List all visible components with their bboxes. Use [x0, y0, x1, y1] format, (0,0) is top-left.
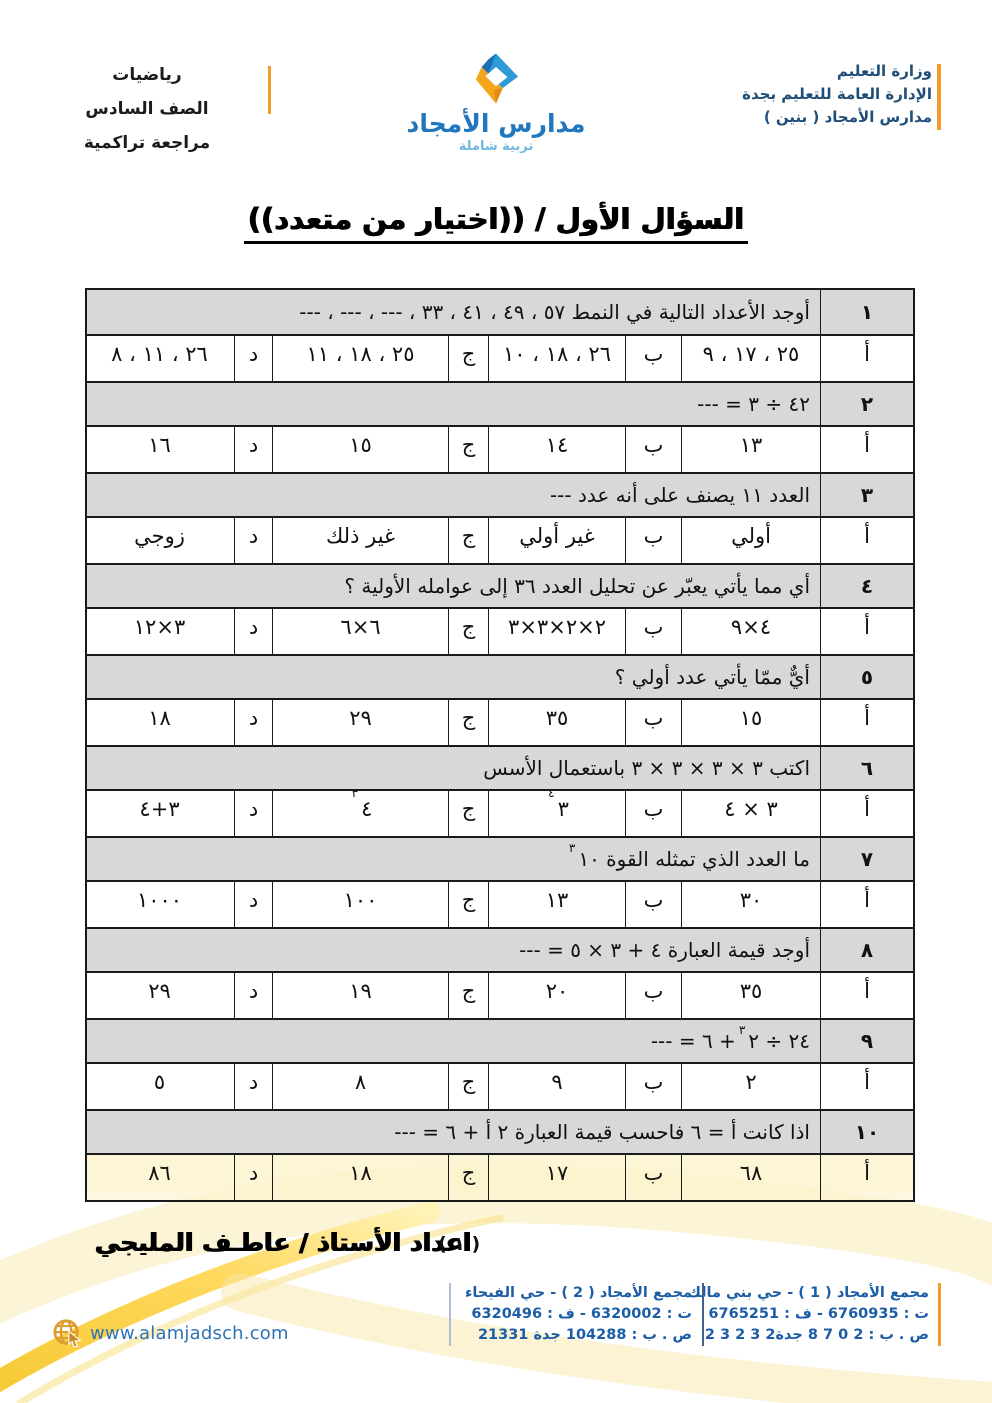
option-value: ٨: [272, 1062, 448, 1109]
text-run: ١٧: [546, 1161, 569, 1185]
option-value: ٢٦ ، ١٨ ، ١٠: [488, 334, 625, 381]
option-value: ٢٦ ، ١١ ، ٨: [85, 334, 234, 381]
question-title: اكتب ٣ × ٣ × ٣ × ٣ باستعمال الأسس: [87, 745, 820, 789]
option-value: ٨٦: [85, 1153, 234, 1200]
option-letter: أ: [820, 516, 913, 563]
options-row: أ٣٠ب١٣ج١٠٠د١٠٠٠: [87, 880, 913, 927]
question-title: أي مما يأتي يعبّر عن تحليل العدد ٣٦ إلى …: [87, 563, 820, 607]
option-value: ١٦: [85, 425, 234, 472]
text-run: ص . ب : 104288 جدة 21331: [478, 1327, 692, 1343]
option-letter: ب: [625, 971, 681, 1018]
question-block: ٦اكتب ٣ × ٣ × ٣ × ٣ باستعمال الأسسأ٣ × ٤…: [87, 745, 913, 836]
option-letter: د: [234, 971, 272, 1018]
option-letter: ج: [448, 880, 488, 927]
exam-title-wrap: السؤال الأول / ((اختيار من متعدد)): [0, 202, 992, 244]
text-run: أيٌّ ممّا يأتي عدد أولي ؟: [615, 665, 810, 689]
option-letter: أ: [820, 1153, 913, 1200]
option-letter: أ: [820, 789, 913, 836]
text-run: + ٦ = ---: [651, 1029, 736, 1053]
school-logo-icon: [472, 52, 520, 106]
text-run: ١٨: [148, 706, 171, 730]
question-number: ١٠: [820, 1109, 913, 1153]
exam-page: رياضيات الصف السادس مراجعة تراكمية مدارس…: [0, 0, 992, 1403]
orange-divider-right: [937, 64, 941, 130]
text-run: ٤٢ ÷ ٣ = ---: [697, 392, 810, 416]
text-run: ٣٥: [546, 706, 569, 730]
text-run: ٩: [551, 1070, 562, 1094]
text-run: غير أولي: [519, 524, 594, 548]
question-number: ١: [820, 290, 913, 334]
question-block: ١٠اذا كانت أ = ٦ فاحسب قيمة العبارة ٢ أ …: [87, 1109, 913, 1200]
text-run: ت : 6760935 - ف : 6765251: [708, 1306, 929, 1322]
question-row: ٢٤٢ ÷ ٣ = ---: [87, 381, 913, 425]
option-value: ٣٤: [488, 789, 625, 836]
question-title: العدد ١١ يصنف على أنه عدد ---: [87, 472, 820, 516]
option-value: ٢×٢×٣×٣: [488, 607, 625, 654]
question-number: ٥: [820, 654, 913, 698]
school-name: مدارس الأمجاد: [396, 110, 596, 138]
question-block: ٨أوجد قيمة العبارة ٤ + ٣ × ٥ = ---أ٣٥ب٢٠…: [87, 927, 913, 1018]
option-value: ٣ × ٤: [681, 789, 820, 836]
grade-level: الصف السادس: [72, 92, 222, 126]
option-letter: ج: [448, 698, 488, 745]
contact-line: مجمع الأمجاد ( 1 ) - حي بني مالك: [688, 1283, 929, 1304]
option-letter: د: [234, 1153, 272, 1200]
option-value: ١٥: [681, 698, 820, 745]
question-number: ٧: [820, 836, 913, 880]
option-letter: ج: [448, 425, 488, 472]
text-run: ٤: [361, 797, 372, 821]
question-number: ٩: [820, 1018, 913, 1062]
text-run: ٢×٢×٣×٣: [508, 615, 606, 639]
question-title: أوجد قيمة العبارة ٤ + ٣ × ٥ = ---: [87, 927, 820, 971]
option-value: ٢٩: [85, 971, 234, 1018]
school-logo: مدارس الأمجاد تربية شاملة: [396, 52, 596, 154]
option-value: ٣٥: [488, 698, 625, 745]
text-run: ٢٩: [349, 706, 372, 730]
option-letter: ب: [625, 516, 681, 563]
option-value: ٢٥ ، ١٧ ، ٩: [681, 334, 820, 381]
text-run: ١٣: [546, 888, 569, 912]
text-run: ١٥: [740, 706, 763, 730]
question-block: ٩٢٤ ÷ ٢٣ + ٦ = ---أ٢ب٩ج٨د٥: [87, 1018, 913, 1109]
subject-info-block: رياضيات الصف السادس مراجعة تراكمية: [72, 58, 222, 160]
option-letter: ب: [625, 1062, 681, 1109]
question-number: ٦: [820, 745, 913, 789]
website-block: www.alamjadsch.com: [52, 1318, 289, 1348]
question-row: ٩٢٤ ÷ ٢٣ + ٦ = ---: [87, 1018, 913, 1062]
question-title: أوجد الأعداد التالية في النمط ٥٧ ، ٤٩ ، …: [87, 290, 820, 334]
option-value: ٢: [681, 1062, 820, 1109]
text-run: ٢٩: [148, 979, 171, 1003]
option-letter: د: [234, 698, 272, 745]
option-letter: أ: [820, 880, 913, 927]
text-run: أوجد قيمة العبارة ٤ + ٣ × ٥ = ---: [519, 938, 810, 962]
option-value: ٤٣: [272, 789, 448, 836]
text-run: ٢٠: [546, 979, 569, 1003]
text-run: ٢٥ ، ١٧ ، ٩: [703, 342, 800, 366]
option-letter: ب: [625, 334, 681, 381]
options-row: أ٢٥ ، ١٧ ، ٩ب٢٦ ، ١٨ ، ١٠ج٢٥ ، ١٨ ، ١١د٢…: [87, 334, 913, 381]
option-letter: أ: [820, 607, 913, 654]
option-value: غير ذلك: [272, 516, 448, 563]
ministry-line: وزارة التعليم: [742, 60, 932, 83]
text-run: ٣: [558, 797, 569, 821]
option-value: ١٥: [272, 425, 448, 472]
text-run: أولي: [731, 524, 771, 548]
option-letter: ج: [448, 516, 488, 563]
option-value: غير أولي: [488, 516, 625, 563]
question-row: ٣العدد ١١ يصنف على أنه عدد ---: [87, 472, 913, 516]
administration-line: الإدارة العامة للتعليم بجدة: [742, 83, 932, 106]
option-value: ١٠٠: [272, 880, 448, 927]
text-run: اكتب ٣ × ٣ × ٣ × ٣ باستعمال الأسس: [483, 756, 810, 780]
question-block: ٧ما العدد الذي تمثله القوة ١٠٣أ٣٠ب١٣ج١٠٠…: [87, 836, 913, 927]
superscript-exponent: ٣: [739, 1018, 745, 1042]
option-value: ٣+٤: [85, 789, 234, 836]
superscript-exponent: ٤: [548, 786, 554, 800]
options-row: أ١٣ب١٤ج١٥د١٦: [87, 425, 913, 472]
options-row: أ١٥ب٣٥ج٢٩د١٨: [87, 698, 913, 745]
options-row: أ٢ب٩ج٨د٥: [87, 1062, 913, 1109]
text-run: ٢٦ ، ١٨ ، ١٠: [503, 342, 611, 366]
text-run: ١٨: [349, 1161, 372, 1185]
superscript-exponent: ٣: [569, 836, 575, 860]
option-value: ٩: [488, 1062, 625, 1109]
option-letter: ب: [625, 607, 681, 654]
option-letter: د: [234, 334, 272, 381]
option-value: ١٧: [488, 1153, 625, 1200]
option-value: ١٨: [272, 1153, 448, 1200]
text-run: ٣×١٢: [134, 615, 185, 639]
text-run: ت : 6320002 - ف : 6320496: [471, 1306, 692, 1322]
option-letter: د: [234, 880, 272, 927]
option-value: ١٣: [681, 425, 820, 472]
option-value: ٤×٩: [681, 607, 820, 654]
ministry-info-block: وزارة التعليم الإدارة العامة للتعليم بجد…: [742, 60, 932, 129]
options-row: أ٣٥ب٢٠ج١٩د٢٩: [87, 971, 913, 1018]
question-title: ٤٢ ÷ ٣ = ---: [87, 381, 820, 425]
option-letter: د: [234, 1062, 272, 1109]
text-run: جدة: [775, 1327, 802, 1343]
text-run: ١٠٠٠: [137, 888, 182, 912]
options-row: أأوليبغير أوليجغير ذلكدزوجي: [87, 516, 913, 563]
option-value: ٢٩: [272, 698, 448, 745]
question-number: ٣: [820, 472, 913, 516]
question-block: ٥أيٌّ ممّا يأتي عدد أولي ؟أ١٥ب٣٥ج٢٩د١٨: [87, 654, 913, 745]
question-number: ٢: [820, 381, 913, 425]
text-run: ١٠٠: [344, 888, 378, 912]
ltr-number: 8 7 0 2: [803, 1327, 869, 1343]
option-letter: د: [234, 425, 272, 472]
school-tagline: تربية شاملة: [396, 139, 596, 154]
contact-block-campus-2: مجمع الأمجاد ( 2 ) - حي الفيحاءت : 63200…: [449, 1283, 704, 1346]
question-row: ١٠اذا كانت أ = ٦ فاحسب قيمة العبارة ٢ أ …: [87, 1109, 913, 1153]
option-letter: ب: [625, 1153, 681, 1200]
exam-type: مراجعة تراكمية: [72, 126, 222, 160]
superscript-exponent: ٣: [352, 786, 358, 800]
text-run: ٣ × ٤: [724, 797, 778, 821]
option-value: ٣٠: [681, 880, 820, 927]
option-letter: ب: [625, 698, 681, 745]
option-letter: د: [234, 607, 272, 654]
text-run: ٤×٩: [731, 615, 771, 639]
text-run: ١٥: [349, 433, 372, 457]
option-letter: أ: [820, 698, 913, 745]
globe-icon: [52, 1318, 82, 1348]
option-value: ١٨: [85, 698, 234, 745]
contact-block-campus-1: مجمع الأمجاد ( 1 ) - حي بني مالكت : 6760…: [688, 1283, 941, 1346]
text-run: ٢: [745, 1070, 756, 1094]
text-run: ١٩: [349, 979, 372, 1003]
option-value: ١٣: [488, 880, 625, 927]
text-run: ٦٨: [740, 1161, 763, 1185]
contact-line: ت : 6760935 - ف : 6765251: [688, 1304, 929, 1325]
option-letter: ب: [625, 789, 681, 836]
text-run: مجمع الأمجاد ( 1 ) - حي بني مالك: [688, 1285, 929, 1301]
option-value: ٢٥ ، ١٨ ، ١١: [272, 334, 448, 381]
text-run: ٨: [355, 1070, 366, 1094]
text-run: أوجد الأعداد التالية في النمط ٥٧ ، ٤٩ ، …: [299, 300, 810, 324]
text-run: اذا كانت أ = ٦ فاحسب قيمة العبارة ٢ أ + …: [394, 1120, 810, 1144]
question-row: ٧ما العدد الذي تمثله القوة ١٠٣: [87, 836, 913, 880]
text-run: ١٣: [740, 433, 763, 457]
contact-line: مجمع الأمجاد ( 2 ) - حي الفيحاء: [465, 1283, 692, 1304]
text-run: ما العدد الذي تمثله القوة ١٠: [578, 847, 810, 871]
text-run: ٣+٤: [139, 797, 179, 821]
option-letter: أ: [820, 1062, 913, 1109]
contact-line: ص . ب : 8 7 0 2 جدة 2 3 2 3 2: [688, 1325, 929, 1346]
page-number: ( ١ ): [438, 1233, 480, 1255]
options-row: أ٦٨ب١٧ج١٨د٨٦: [87, 1153, 913, 1200]
text-run: العدد ١١ يصنف على أنه عدد ---: [550, 483, 810, 507]
option-value: ١٠٠٠: [85, 880, 234, 927]
option-letter: أ: [820, 971, 913, 1018]
subject-name: رياضيات: [72, 58, 222, 92]
option-letter: ج: [448, 971, 488, 1018]
question-title: ٢٤ ÷ ٢٣ + ٦ = ---: [87, 1018, 820, 1062]
text-run: غير ذلك: [326, 524, 395, 548]
text-run: ٦×٦: [340, 615, 380, 639]
option-value: ٣٥: [681, 971, 820, 1018]
option-value: ٥: [85, 1062, 234, 1109]
option-letter: أ: [820, 425, 913, 472]
question-block: ٢٤٢ ÷ ٣ = ---أ١٣ب١٤ج١٥د١٦: [87, 381, 913, 472]
school-branch-line: مدارس الأمجاد ( بنين ): [742, 106, 932, 129]
option-letter: ج: [448, 1153, 488, 1200]
contact-line: ص . ب : 104288 جدة 21331: [465, 1325, 692, 1346]
text-run: ٣٥: [740, 979, 763, 1003]
text-run: ص . ب :: [868, 1327, 929, 1343]
exam-title: السؤال الأول / ((اختيار من متعدد)): [244, 202, 748, 244]
options-row: أ٤×٩ب٢×٢×٣×٣ج٦×٦د٣×١٢: [87, 607, 913, 654]
question-row: ١أوجد الأعداد التالية في النمط ٥٧ ، ٤٩ ،…: [87, 290, 913, 334]
option-value: أولي: [681, 516, 820, 563]
option-letter: د: [234, 516, 272, 563]
option-letter: ب: [625, 425, 681, 472]
question-title: ما العدد الذي تمثله القوة ١٠٣: [87, 836, 820, 880]
text-run: ١٦: [148, 433, 171, 457]
question-number: ٨: [820, 927, 913, 971]
question-row: ٤أي مما يأتي يعبّر عن تحليل العدد ٣٦ إلى…: [87, 563, 913, 607]
option-value: ٣×١٢: [85, 607, 234, 654]
option-letter: أ: [820, 334, 913, 381]
text-run: ٨٦: [148, 1161, 171, 1185]
text-run: ٢٥ ، ١٨ ، ١١: [307, 342, 415, 366]
options-row: أ٣ × ٤ب٣٤ج٤٣د٣+٤: [87, 789, 913, 836]
text-run: ١٤: [546, 433, 569, 457]
question-block: ٣العدد ١١ يصنف على أنه عدد ---أأوليبغير …: [87, 472, 913, 563]
option-value: ١٤: [488, 425, 625, 472]
question-title: اذا كانت أ = ٦ فاحسب قيمة العبارة ٢ أ + …: [87, 1109, 820, 1153]
question-row: ٦اكتب ٣ × ٣ × ٣ × ٣ باستعمال الأسس: [87, 745, 913, 789]
option-value: ٢٠: [488, 971, 625, 1018]
text-run: زوجي: [134, 524, 185, 548]
question-title: أيٌّ ممّا يأتي عدد أولي ؟: [87, 654, 820, 698]
ltr-number: 2 3 2 3 2: [700, 1327, 776, 1343]
question-block: ١أوجد الأعداد التالية في النمط ٥٧ ، ٤٩ ،…: [87, 290, 913, 381]
option-letter: د: [234, 789, 272, 836]
option-value: ١٩: [272, 971, 448, 1018]
text-run: ٣٠: [740, 888, 763, 912]
text-run: ٥: [154, 1070, 165, 1094]
orange-divider-left: [268, 66, 271, 114]
option-letter: ج: [448, 789, 488, 836]
text-run: ٢٤ ÷ ٢: [748, 1029, 810, 1053]
question-row: ٥أيٌّ ممّا يأتي عدد أولي ؟: [87, 654, 913, 698]
questions-table: ١أوجد الأعداد التالية في النمط ٥٧ ، ٤٩ ،…: [85, 288, 915, 1202]
text-run: مجمع الأمجاد ( 2 ) - حي الفيحاء: [465, 1285, 692, 1301]
option-value: زوجي: [85, 516, 234, 563]
contact-line: ت : 6320002 - ف : 6320496: [465, 1304, 692, 1325]
text-run: ٢٦ ، ١١ ، ٨: [111, 342, 208, 366]
website-link[interactable]: www.alamjadsch.com: [90, 1323, 289, 1344]
text-run: أي مما يأتي يعبّر عن تحليل العدد ٣٦ إلى …: [344, 574, 810, 598]
prepared-by: اعداد الأستاذ / عاطـف المليجي: [95, 1228, 471, 1257]
option-letter: ج: [448, 334, 488, 381]
option-letter: ب: [625, 880, 681, 927]
option-letter: ج: [448, 607, 488, 654]
question-block: ٤أي مما يأتي يعبّر عن تحليل العدد ٣٦ إلى…: [87, 563, 913, 654]
option-value: ٦×٦: [272, 607, 448, 654]
question-row: ٨أوجد قيمة العبارة ٤ + ٣ × ٥ = ---: [87, 927, 913, 971]
question-number: ٤: [820, 563, 913, 607]
option-letter: ج: [448, 1062, 488, 1109]
option-value: ٦٨: [681, 1153, 820, 1200]
